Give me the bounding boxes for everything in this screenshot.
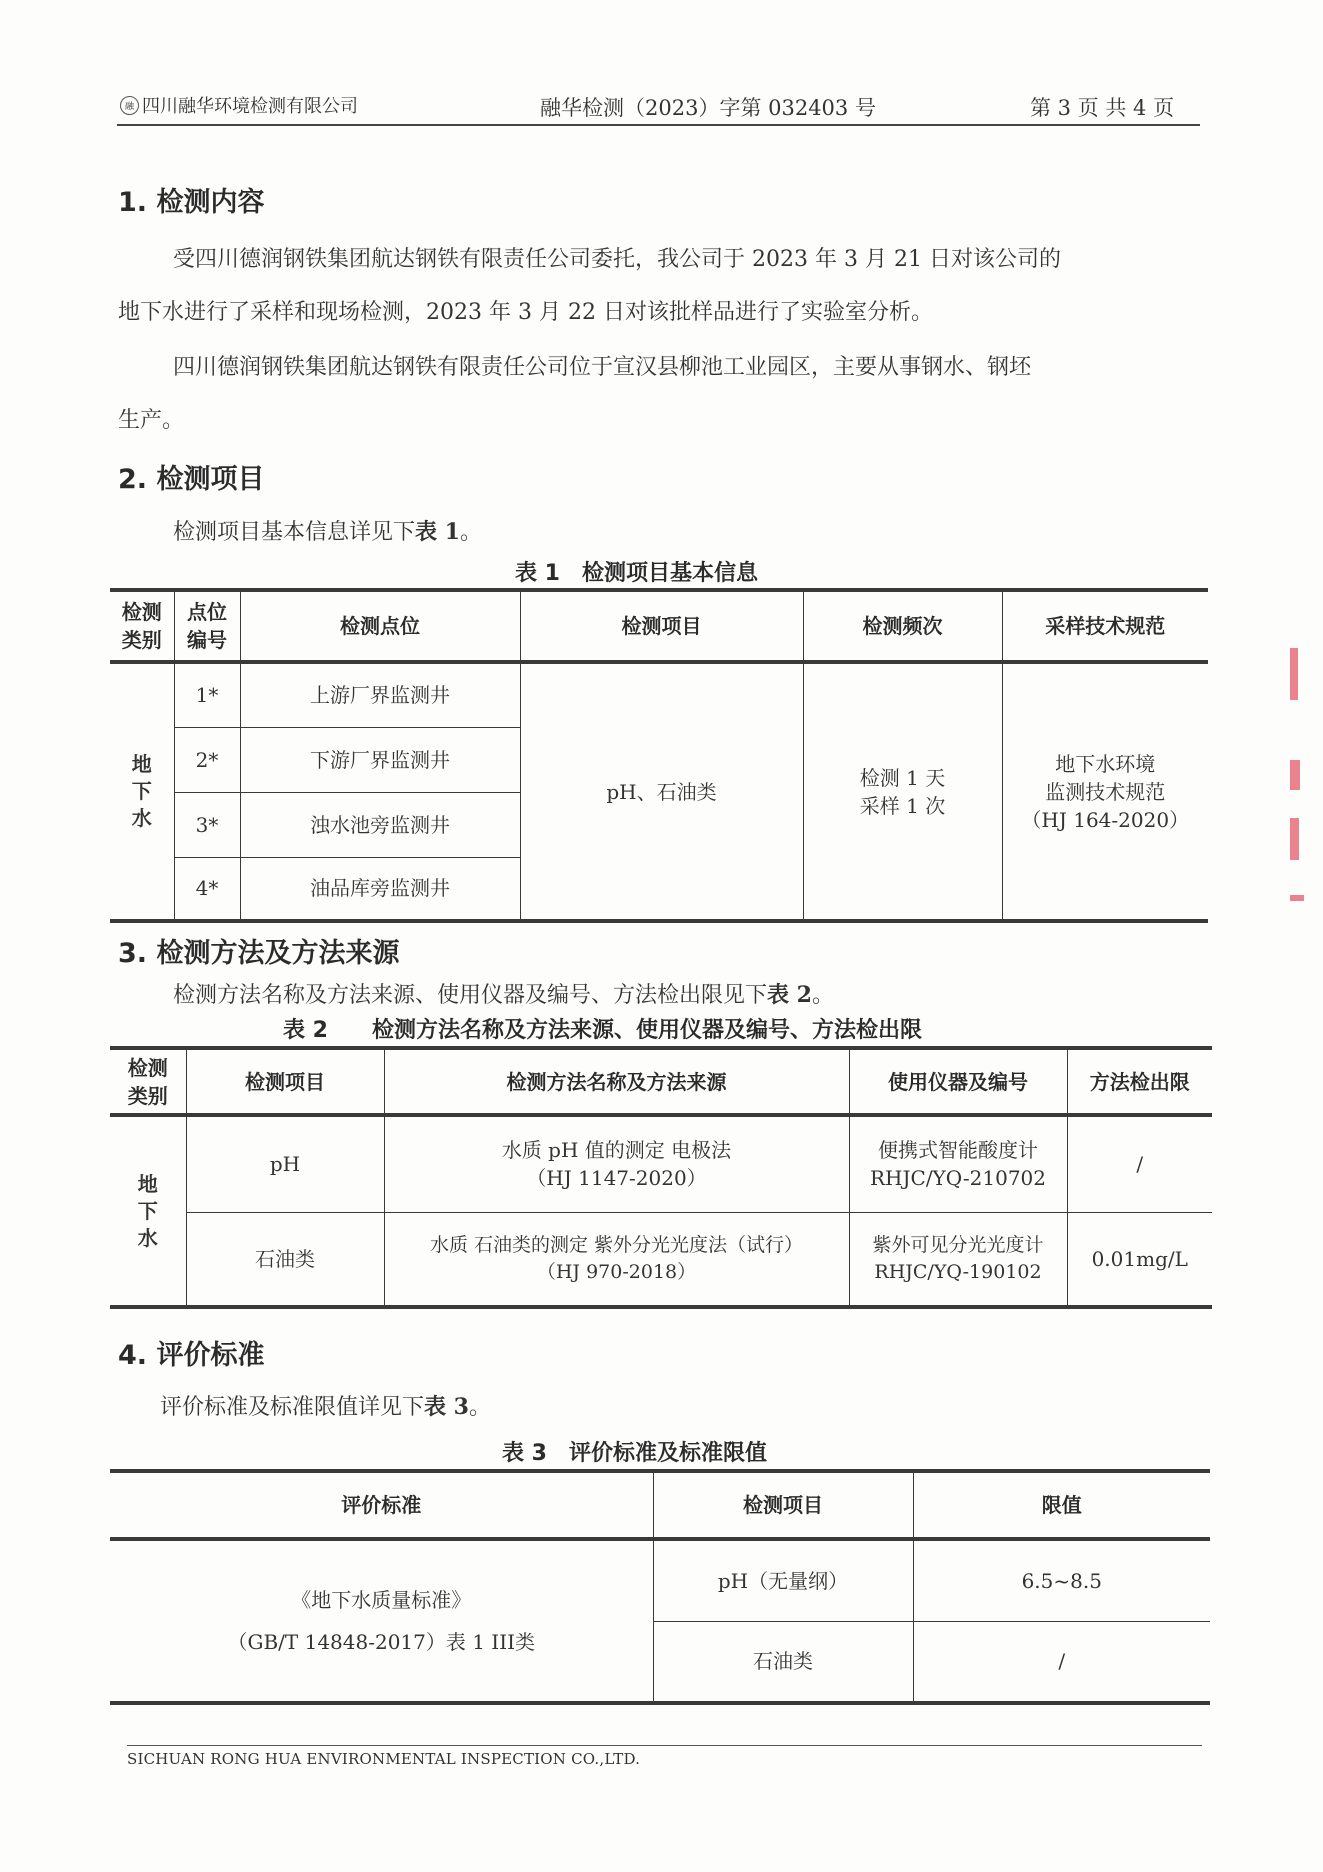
t2-row-method: 水质 pH 值的测定 电极法（HJ 1147-2020） — [384, 1115, 849, 1212]
table-3-ref: 表 3 — [424, 1394, 469, 1420]
t3-header-standard: 评价标准 — [110, 1471, 653, 1539]
t2-category-cell: 地下水 — [110, 1115, 186, 1307]
table-3-caption: 表 3 评价标准及标准限值 — [502, 1436, 767, 1467]
t1-category-cell: 地下水 — [110, 662, 174, 921]
t1-header-point-no: 点位编号 — [174, 590, 240, 662]
company-logo-icon: 融 — [120, 96, 139, 115]
section-3-intro: 检测方法名称及方法来源、使用仪器及编号、方法检出限见下表 2。 — [173, 978, 834, 1009]
seal-stamp-fragment — [1290, 648, 1298, 700]
t3-row-item: pH（无量纲） — [653, 1539, 913, 1621]
company-name: 四川融华环境检测有限公司 — [142, 92, 358, 118]
t1-items-cell: pH、石油类 — [520, 662, 803, 921]
t2-row-item: 石油类 — [186, 1212, 384, 1307]
t2-header-instrument: 使用仪器及编号 — [849, 1048, 1067, 1115]
t2-header-method: 检测方法名称及方法来源 — [384, 1048, 849, 1115]
table-3-standards: 评价标准 检测项目 限值 《地下水质量标准》（GB/T 14848-2017）表… — [110, 1469, 1210, 1705]
table-1-items-info: 检测类别 点位编号 检测点位 检测项目 检测频次 采样技术规范 地下水 1* 上… — [110, 588, 1208, 923]
t1-row-location: 浊水池旁监测井 — [240, 792, 520, 857]
t3-row-limit: / — [913, 1621, 1210, 1703]
t1-row-no: 4* — [174, 857, 240, 921]
t1-row-location: 上游厂界监测井 — [240, 662, 520, 727]
t1-frequency-cell: 检测 1 天采样 1 次 — [803, 662, 1002, 921]
t1-header-category: 检测类别 — [110, 590, 174, 662]
table-2-ref: 表 2 — [767, 982, 812, 1008]
footer-company-en: SICHUAN RONG HUA ENVIRONMENTAL INSPECTIO… — [127, 1750, 640, 1768]
t2-header-category: 检测类别 — [110, 1048, 186, 1115]
section-1-para2-line2: 生产。 — [118, 403, 184, 434]
table-2-methods: 检测类别 检测项目 检测方法名称及方法来源 使用仪器及编号 方法检出限 地下水 … — [110, 1046, 1212, 1309]
section-3-title: 3. 检测方法及方法来源 — [118, 931, 399, 970]
t2-header-limit: 方法检出限 — [1067, 1048, 1212, 1115]
section-4-title: 4. 评价标准 — [118, 1333, 264, 1372]
section-1-title: 1. 检测内容 — [118, 180, 264, 219]
t2-header-item: 检测项目 — [186, 1048, 384, 1115]
t3-header-limit: 限值 — [913, 1471, 1210, 1539]
t1-row-no: 2* — [174, 727, 240, 792]
t3-row-limit: 6.5~8.5 — [913, 1539, 1210, 1621]
section-1-para1-line2: 地下水进行了采样和现场检测，2023 年 3 月 22 日对该批样品进行了实验室… — [118, 295, 933, 326]
t1-header-frequency: 检测频次 — [803, 590, 1002, 662]
t2-row-item: pH — [186, 1115, 384, 1212]
t2-row-limit: / — [1067, 1115, 1212, 1212]
t1-header-items: 检测项目 — [520, 590, 803, 662]
t1-header-standard: 采样技术规范 — [1002, 590, 1208, 662]
t1-row-location: 油品库旁监测井 — [240, 857, 520, 921]
seal-stamp-fragment — [1290, 818, 1299, 860]
table-2-caption: 表 2 检测方法名称及方法来源、使用仪器及编号、方法检出限 — [283, 1013, 922, 1044]
page-indicator: 第 3 页 共 4 页 — [1030, 92, 1174, 122]
t3-header-item: 检测项目 — [653, 1471, 913, 1539]
seal-stamp-fragment — [1290, 760, 1300, 790]
t1-standard-cell: 地下水环境监测技术规范（HJ 164-2020） — [1002, 662, 1208, 921]
section-1-para2-line1: 四川德润钢铁集团航达钢铁有限责任公司位于宣汉县柳池工业园区，主要从事钢水、钢坯 — [173, 350, 1031, 381]
section-4-intro: 评价标准及标准限值详见下表 3。 — [160, 1390, 491, 1421]
section-2-intro: 检测项目基本信息详见下表 1。 — [173, 515, 482, 546]
t1-row-no: 3* — [174, 792, 240, 857]
t2-row-instrument: 便携式智能酸度计RHJC/YQ-210702 — [849, 1115, 1067, 1212]
table-1-ref: 表 1 — [415, 519, 460, 545]
t2-row-limit: 0.01mg/L — [1067, 1212, 1212, 1307]
section-1-para1-line1: 受四川德润钢铁集团航达钢铁有限责任公司委托，我公司于 2023 年 3 月 21… — [173, 242, 1061, 273]
t2-row-method: 水质 石油类的测定 紫外分光光度法（试行）（HJ 970-2018） — [384, 1212, 849, 1307]
t2-row-instrument: 紫外可见分光光度计RHJC/YQ-190102 — [849, 1212, 1067, 1307]
report-number: 融华检测（2023）字第 032403 号 — [540, 92, 876, 122]
header-company: 融 四川融华环境检测有限公司 — [120, 92, 358, 118]
t3-standard-cell: 《地下水质量标准》（GB/T 14848-2017）表 1 III类 — [110, 1539, 653, 1703]
t1-header-location: 检测点位 — [240, 590, 520, 662]
header-divider — [117, 124, 1200, 126]
t1-row-no: 1* — [174, 662, 240, 727]
section-2-title: 2. 检测项目 — [118, 457, 264, 496]
t1-row-location: 下游厂界监测井 — [240, 727, 520, 792]
seal-stamp-fragment — [1290, 895, 1304, 901]
t3-row-item: 石油类 — [653, 1621, 913, 1703]
footer-divider — [127, 1745, 1202, 1746]
table-1-caption: 表 1 检测项目基本信息 — [515, 556, 758, 587]
